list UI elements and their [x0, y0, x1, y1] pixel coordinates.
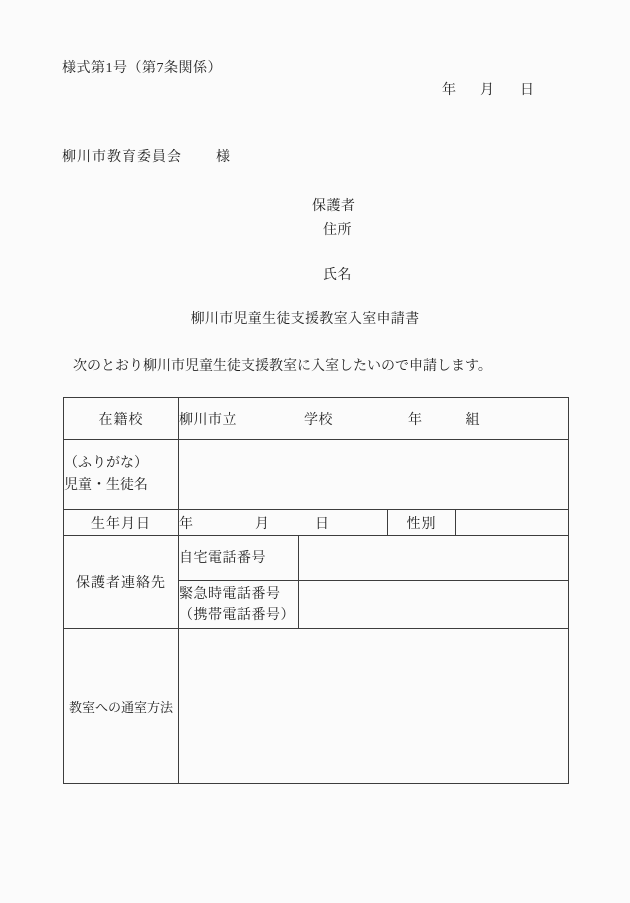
home-phone-label-cell: 自宅電話番号 [179, 536, 299, 581]
enrolled-school-value-cell: 柳川市立学校年組 [179, 398, 569, 440]
guardian-label: 保護者 [312, 195, 356, 215]
gender-input-cell [456, 510, 569, 536]
school-suffix-label: 学校 [304, 413, 333, 428]
school-city-prefix: 柳川市立 [179, 413, 237, 428]
birth-year-label: 年 [179, 517, 193, 532]
home-phone-input-cell [299, 536, 569, 581]
document-page: 様式第1号（第7条関係） 年月日 柳川市教育委員会様 保護者 住所 氏名 柳川市… [0, 0, 630, 903]
emergency-phone-label-cell: 緊急時電話番号 （携帯電話番号） [179, 581, 299, 629]
student-name-label: 児童・生徒名 [64, 475, 178, 497]
table-row-student-name: （ふりがな） 児童・生徒名 [64, 440, 569, 510]
commute-method-label-cell: 教室への通室方法 [64, 629, 179, 784]
addressee-honorific: 様 [216, 150, 231, 165]
birth-day-label: 日 [315, 517, 329, 532]
date-year-label: 年 [442, 83, 456, 98]
commute-method-input-cell [179, 629, 569, 784]
table-row-birthdate: 生年月日 年月日 性別 [64, 510, 569, 536]
guardian-contact-label-cell: 保護者連絡先 [64, 536, 179, 629]
name-label: 氏名 [323, 264, 352, 284]
document-title: 柳川市児童生徒支援教室入室申請書 [0, 308, 610, 328]
table-row-school: 在籍校 柳川市立学校年組 [64, 398, 569, 440]
furigana-label: （ふりがな） [64, 453, 178, 475]
form-number: 様式第1号（第7条関係） [62, 57, 222, 77]
date-line: 年月日 [442, 79, 534, 99]
student-name-input-cell [179, 440, 569, 510]
address-label: 住所 [323, 219, 352, 239]
addressee-line: 柳川市教育委員会様 [62, 146, 231, 166]
birth-month-label: 月 [255, 517, 269, 532]
date-month-label: 月 [480, 83, 494, 98]
application-table: 在籍校 柳川市立学校年組 （ふりがな） 児童・生徒名 生年月日 年月日 性別 [63, 397, 569, 784]
emergency-phone-label: 緊急時電話番号 [179, 584, 298, 605]
enrolled-school-label-cell: 在籍校 [64, 398, 179, 440]
table-row-commute: 教室への通室方法 [64, 629, 569, 784]
grade-suffix-label: 年 [408, 413, 423, 428]
intro-text: 次のとおり柳川市児童生徒支援教室に入室したいので申請します。 [73, 355, 492, 375]
birthdate-label-cell: 生年月日 [64, 510, 179, 536]
gender-label-cell: 性別 [388, 510, 456, 536]
emergency-phone-input-cell [299, 581, 569, 629]
addressee: 柳川市教育委員会 [62, 150, 182, 165]
class-suffix-label: 組 [466, 413, 481, 428]
date-day-label: 日 [520, 83, 534, 98]
table-row-home-phone: 保護者連絡先 自宅電話番号 [64, 536, 569, 581]
student-name-label-cell: （ふりがな） 児童・生徒名 [64, 440, 179, 510]
birthdate-value-cell: 年月日 [179, 510, 388, 536]
emergency-phone-sublabel: （携帯電話番号） [179, 605, 298, 626]
